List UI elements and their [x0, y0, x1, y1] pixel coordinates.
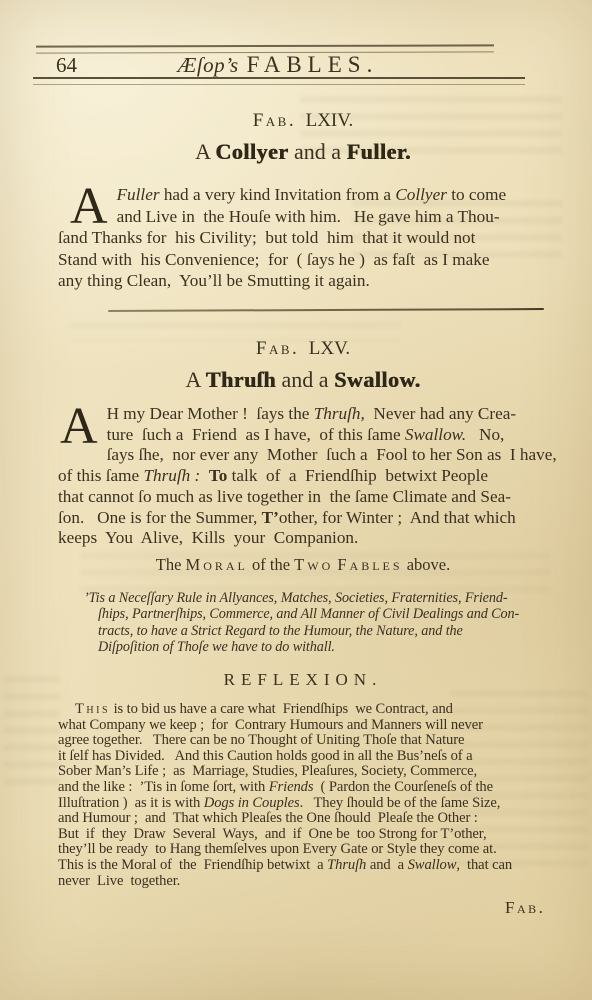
- text-segment: agree together. There can be no Thought …: [58, 732, 464, 748]
- text-segment: any thing Clean, You’ll be Smutting it a…: [58, 271, 370, 290]
- text-line: that cannot ſo much as live together in …: [58, 487, 552, 508]
- text-segment: A: [195, 139, 215, 164]
- moral-text: ’Tis a Neceſſary Rule in Allyances, Matc…: [84, 590, 550, 656]
- text-line: H my Dear Mother ! ſays the Thruſh, Neve…: [58, 404, 552, 425]
- text-line: ſon. One is for the Summer, T’other, for…: [58, 508, 552, 529]
- text-segment: other, for Winter ; And that which: [279, 508, 516, 527]
- text-line: Illuſtration ) as it is with Dogs in Cou…: [58, 796, 558, 812]
- drop-cap: A: [60, 404, 107, 447]
- text-line: Diſpoſition of Thoſe we have to do witha…: [84, 639, 550, 655]
- text-line: keeps You Alive, Kills your Companion.: [58, 528, 552, 549]
- text-segment: Æſop’s: [178, 53, 239, 77]
- text-segment: ( Pardon the Courſeneſs of the: [313, 779, 493, 795]
- text-segment: Stand with his Convenience; for ( ſays h…: [58, 250, 489, 269]
- text-segment: Sober Man’s Life ; as Marriage, Studies,…: [58, 763, 477, 779]
- drop-cap: A: [70, 184, 117, 227]
- text-segment: ’Tis a Neceſſary Rule in Allyances, Matc…: [84, 590, 507, 606]
- reflexion-text: This is to bid us have a care what Frien…: [58, 702, 558, 889]
- verso-showthrough: [4, 676, 60, 786]
- text-line: agree together. There can be no Thought …: [58, 733, 558, 749]
- text-segment: Illuſtration ) as it is with: [58, 795, 204, 811]
- text-segment: Friends: [269, 779, 314, 795]
- text-segment: they’ll be ready to Hang themſelves upon…: [58, 841, 497, 857]
- text-segment: The: [156, 555, 186, 574]
- text-line: and Humour ; and That which Pleaſes the …: [58, 811, 558, 827]
- text-segment: above.: [403, 555, 451, 574]
- fable-64-text: Fuller had a very kind Invitation from a…: [58, 184, 552, 292]
- text-segment: Fuller.: [346, 139, 410, 164]
- reflexion-heading: REFLEXION.: [58, 670, 548, 690]
- text-segment: Swallow.: [334, 367, 421, 392]
- text-segment: . They ſhould be of the ſame Size,: [300, 795, 501, 811]
- text-line: ſays ſhe, nor ever any Mother ſuch a Foo…: [58, 445, 552, 466]
- running-title: Æſop’sFABLES.: [0, 52, 556, 78]
- text-segment: Thruſh: [327, 857, 366, 873]
- text-segment: Thruſh: [206, 367, 276, 392]
- text-segment: had a very kind Invitation from a: [160, 185, 396, 204]
- text-line: ture ſuch a Friend as I have, of this ſa…: [58, 425, 552, 446]
- fable-65-heading: Fab. LXV.: [58, 338, 548, 360]
- text-segment: Collyer: [215, 139, 288, 164]
- text-segment: keeps You Alive, Kills your Companion.: [58, 528, 358, 547]
- text-segment: A: [185, 367, 205, 392]
- text-segment: Fuller: [117, 185, 160, 204]
- text-segment: what Company we keep ; for Contrary Humo…: [58, 717, 483, 733]
- text-segment: T’: [262, 508, 279, 527]
- text-line: Sober Man’s Life ; as Marriage, Studies,…: [58, 764, 558, 780]
- text-segment: H my Dear Mother ! ſays the: [107, 404, 314, 423]
- text-segment: Swallow: [408, 857, 457, 873]
- text-segment: is to bid us have a care what Friendſhip…: [110, 701, 453, 717]
- text-segment: FABLES.: [247, 52, 379, 77]
- text-segment: ſays ſhe, nor ever any Mother ſuch a Foo…: [107, 445, 557, 464]
- text-segment: LXV.: [299, 338, 350, 359]
- text-segment: Collyer: [395, 185, 447, 204]
- text-line: This is to bid us have a care what Frien…: [58, 702, 558, 718]
- fable-65-title: A Thruſh and a Swallow.: [58, 367, 548, 393]
- fable-64-title: A Collyer and a Fuller.: [58, 139, 548, 165]
- text-segment: of this ſame: [58, 466, 143, 485]
- text-segment: LXIV.: [296, 110, 353, 131]
- text-segment: tracts, to have a Strict Regard to the H…: [98, 623, 463, 639]
- text-segment: , that can: [456, 857, 512, 873]
- text-segment: Moral: [186, 555, 248, 574]
- text-line: any thing Clean, You’ll be Smutting it a…: [58, 270, 552, 292]
- text-segment: that cannot ſo much as live together in …: [58, 487, 511, 506]
- text-line: This is the Moral of the Friendſhip betw…: [58, 858, 558, 874]
- text-segment: But if they Draw Several Ways, and if On…: [58, 826, 487, 842]
- text-segment: and Humour ; and That which Pleaſes the …: [58, 810, 478, 826]
- text-segment: and the like : ’Tis in ſome ſort, with: [58, 779, 269, 795]
- fable-65-text: H my Dear Mother ! ſays the Thruſh, Neve…: [58, 404, 552, 549]
- text-line: Fuller had a very kind Invitation from a…: [58, 184, 552, 206]
- section-divider-rule: [108, 308, 544, 312]
- fable-64-heading: Fab. LXIV.: [58, 110, 548, 132]
- fable-65-body: A H my Dear Mother ! ſays the Thruſh, Ne…: [58, 404, 552, 549]
- text-line: ſhips, Partnerſhips, Commerce, and All M…: [84, 606, 550, 622]
- text-line: of this ſame Thruſh : To talk of a Frien…: [58, 466, 552, 487]
- text-line: what Company we keep ; for Contrary Humo…: [58, 718, 558, 734]
- text-segment: it ſelf has Divided. And this Caution ho…: [58, 748, 472, 764]
- text-segment: [200, 466, 209, 485]
- text-segment: This: [75, 701, 110, 717]
- text-segment: To: [209, 466, 227, 485]
- text-segment: Fab.: [253, 110, 296, 131]
- text-segment: talk of a Friendſhip betwixt People: [227, 466, 488, 485]
- text-segment: Fab.: [256, 338, 299, 359]
- text-segment: Thruſh,: [314, 404, 365, 423]
- text-segment: and a: [366, 857, 407, 873]
- text-segment: Fables: [337, 555, 402, 574]
- book-page: 64 Æſop’sFABLES. Fab. LXIV. A Collyer an…: [0, 0, 592, 1000]
- text-segment: ture ſuch a Friend as I have, of this ſa…: [107, 425, 405, 444]
- text-segment: Two: [294, 555, 333, 574]
- text-segment: of the: [248, 555, 294, 574]
- text-segment: Fab.: [505, 898, 545, 917]
- text-segment: ſon. One is for the Summer,: [58, 508, 262, 527]
- text-segment: Dogs in Couples: [204, 795, 300, 811]
- text-line: never Live together.: [58, 874, 558, 890]
- text-segment: No,: [466, 425, 504, 444]
- text-line: Stand with his Convenience; for ( ſays h…: [58, 249, 552, 271]
- header-rule-bottom: [33, 77, 525, 85]
- text-segment: ſhips, Partnerſhips, Commerce, and All M…: [98, 606, 519, 622]
- text-segment: Thruſh :: [143, 466, 200, 485]
- text-segment: and a: [276, 367, 334, 392]
- text-line: ſand Thanks for his Civility; but told h…: [58, 227, 552, 249]
- text-line: and the like : ’Tis in ſome ſort, with F…: [58, 780, 558, 796]
- text-line: and Live in the Houſe with him. He gave …: [58, 206, 552, 228]
- text-segment: and Live in the Houſe with him. He gave …: [117, 207, 500, 226]
- fable-64-body: A Fuller had a very kind Invitation from…: [58, 184, 552, 292]
- catchword: Fab.: [505, 898, 545, 918]
- text-segment: This is the Moral of the Friendſhip betw…: [58, 857, 327, 873]
- text-segment: Never had any Crea-: [365, 404, 516, 423]
- text-segment: Swallow.: [405, 425, 466, 444]
- text-line: ’Tis a Neceſſary Rule in Allyances, Matc…: [84, 590, 550, 606]
- text-line: it ſelf has Divided. And this Caution ho…: [58, 749, 558, 765]
- text-segment: never Live together.: [58, 873, 180, 889]
- moral-heading: The Moral of the Two Fables above.: [58, 555, 548, 575]
- text-segment: Diſpoſition of Thoſe we have to do witha…: [98, 639, 335, 655]
- text-segment: and a: [288, 139, 346, 164]
- text-line: they’ll be ready to Hang themſelves upon…: [58, 842, 558, 858]
- text-segment: ſand Thanks for his Civility; but told h…: [58, 228, 475, 247]
- text-line: But if they Draw Several Ways, and if On…: [58, 827, 558, 843]
- text-segment: to come: [447, 185, 506, 204]
- text-line: tracts, to have a Strict Regard to the H…: [84, 623, 550, 639]
